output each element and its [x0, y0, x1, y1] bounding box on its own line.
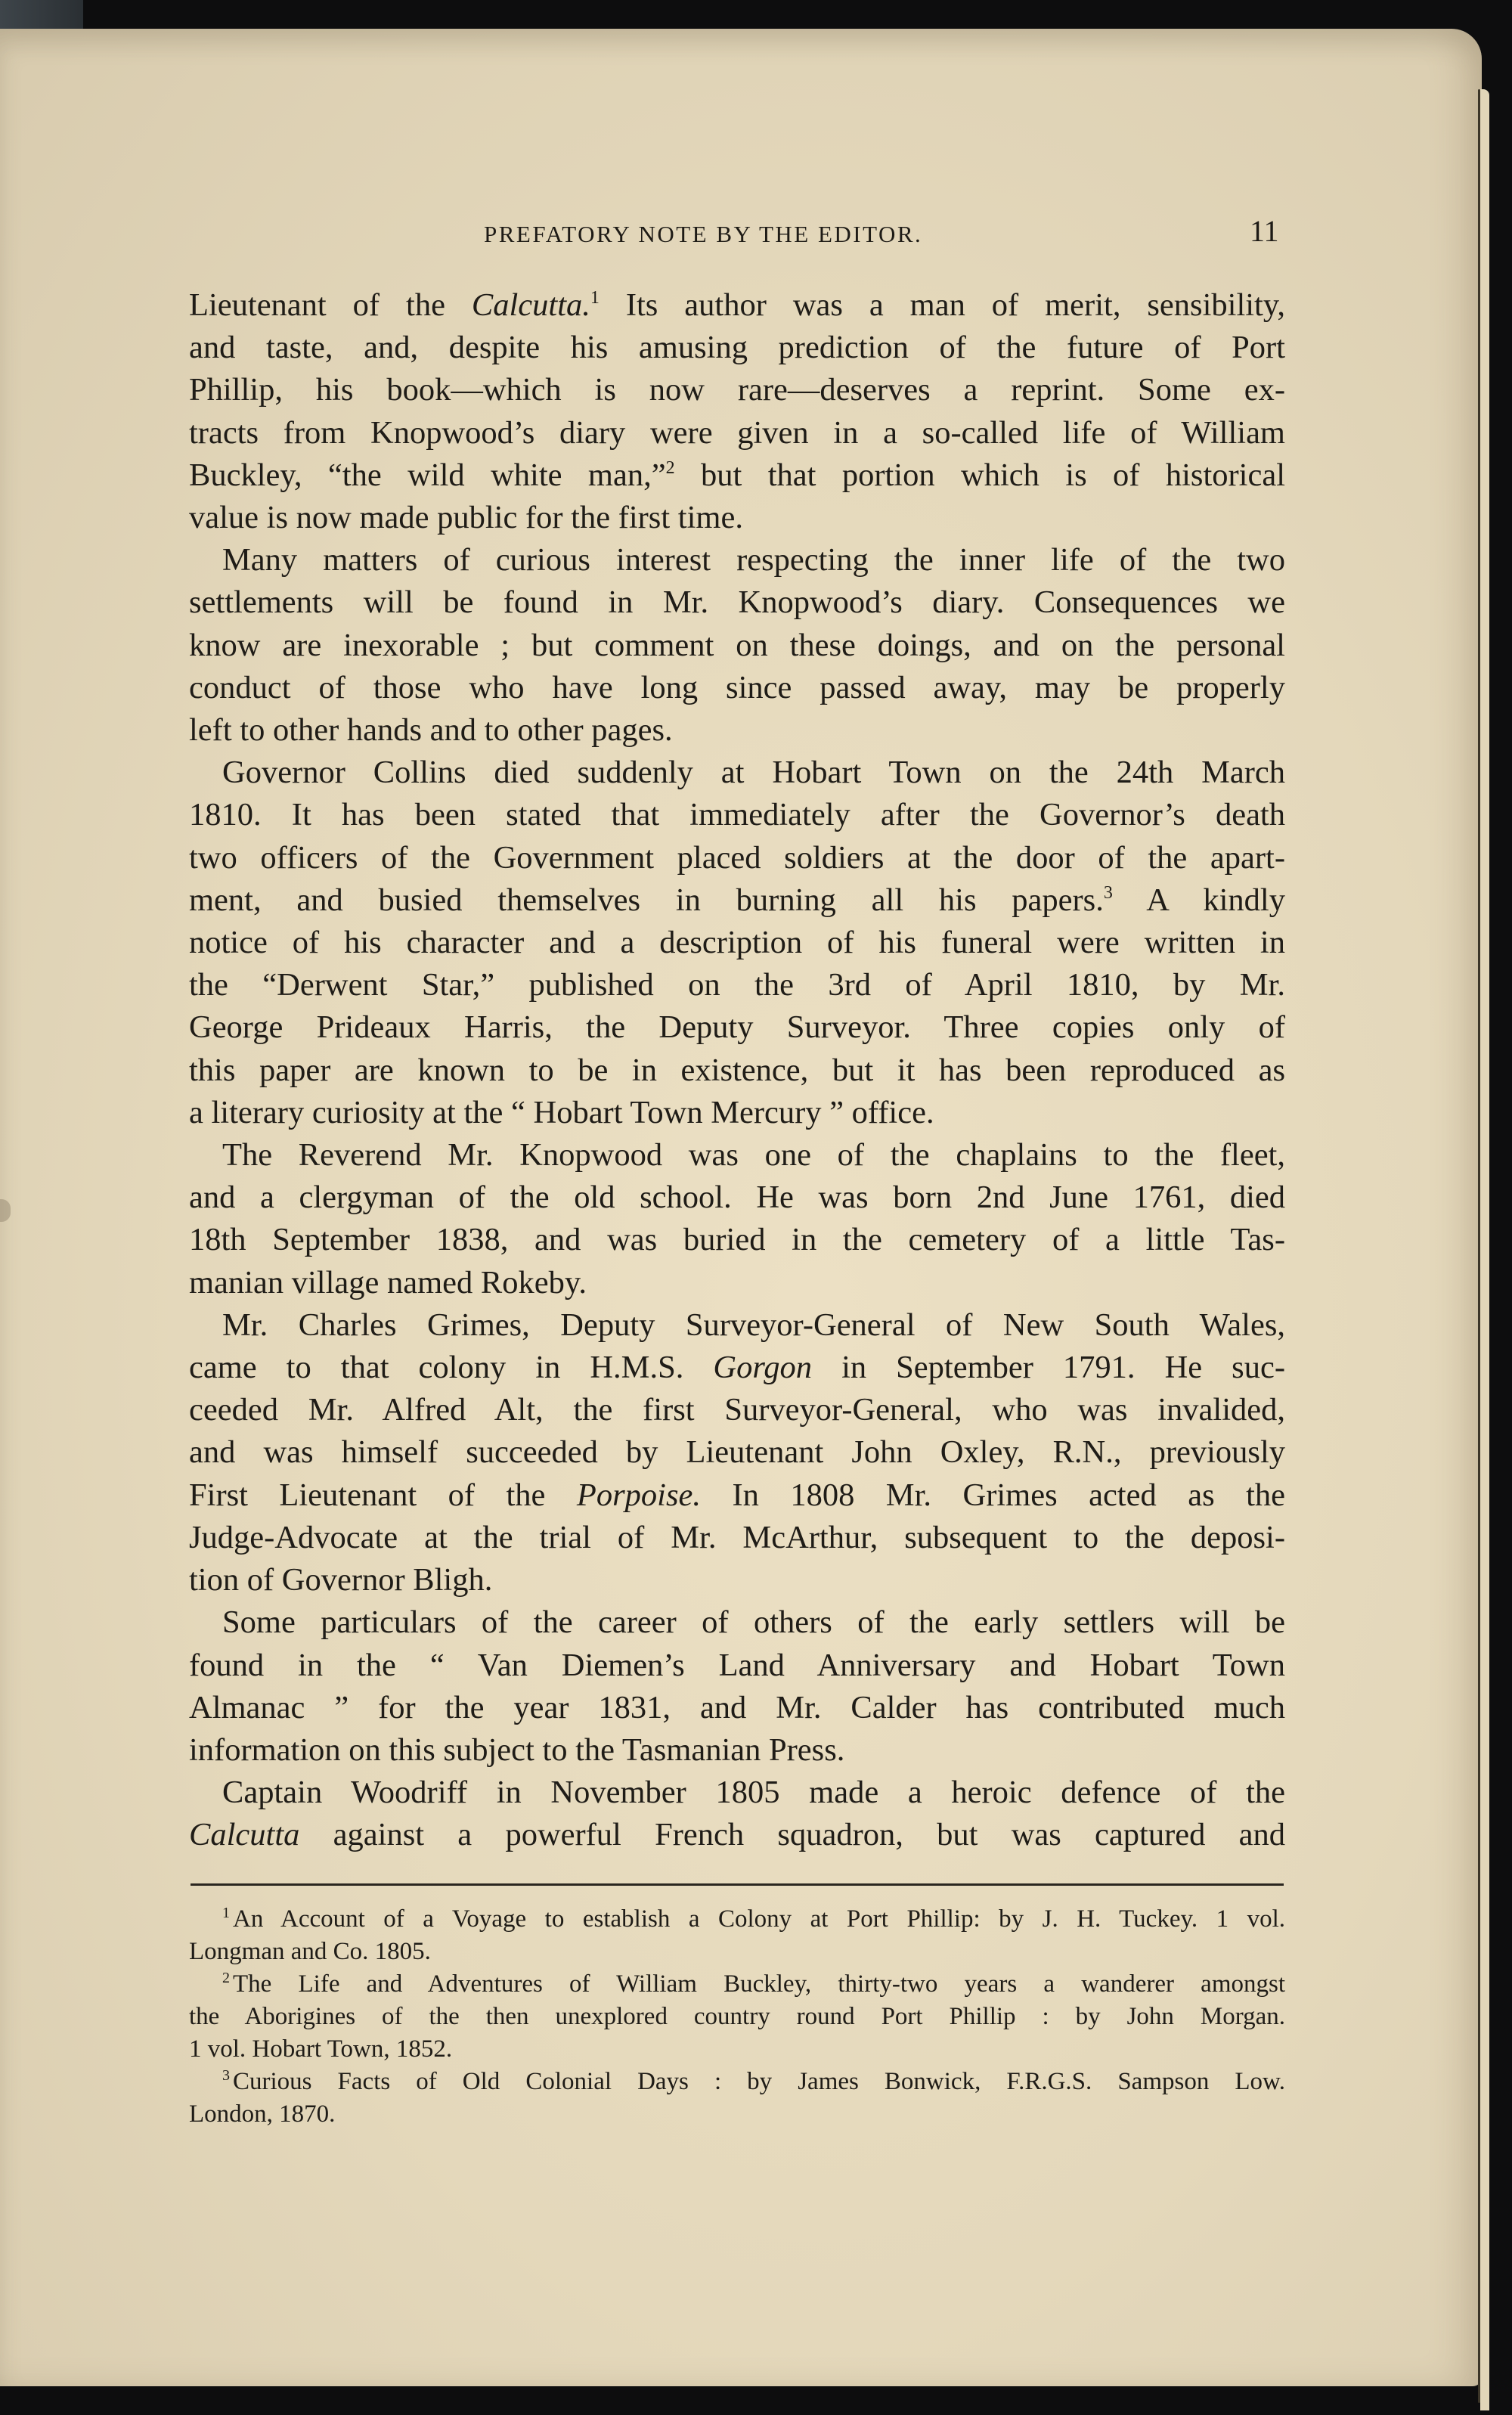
text-line: 1810. It has been stated that immediatel…: [189, 794, 1285, 836]
paragraph: Governor Collins died suddenly at Hobart…: [189, 752, 1285, 1134]
text-line: this paper are known to be in existence,…: [189, 1049, 1285, 1092]
text-line: settlements will be found in Mr. Knopwoo…: [189, 581, 1285, 624]
text-line: Phillip, his book—which is now rare—dese…: [189, 369, 1285, 411]
footnote-reference[interactable]: 2: [666, 458, 675, 478]
footnote-line: London, 1870.: [189, 2098, 1285, 2131]
italic-ship-name: Porpoise.: [577, 1477, 701, 1513]
footnote-reference[interactable]: 1: [590, 288, 600, 308]
italic-ship-name: Gorgon: [713, 1350, 812, 1385]
text-line: manian village named Rokeby.: [189, 1262, 1285, 1304]
text-line: Almanac ” for the year 1831, and Mr. Cal…: [189, 1687, 1285, 1729]
running-head: PREFATORY NOTE BY THE EDITOR.: [484, 221, 922, 248]
text-line: Mr. Charles Grimes, Deputy Surveyor-Gene…: [189, 1304, 1285, 1347]
text-line: George Prideaux Harris, the Deputy Surve…: [189, 1006, 1285, 1049]
text-line: conduct of those who have long since pas…: [189, 667, 1285, 709]
footnote-line: 1 vol. Hobart Town, 1852.: [189, 2033, 1285, 2066]
text-line: tracts from Knopwood’s diary were given …: [189, 412, 1285, 454]
text-line: 18th September 1838, and was buried in t…: [189, 1219, 1285, 1261]
scan-background: [0, 0, 83, 29]
paragraph: Captain Woodriff in November 1805 made a…: [189, 1772, 1285, 1856]
footnote-mark: 2: [222, 1970, 230, 1986]
text-line: Some particulars of the career of others…: [189, 1601, 1285, 1644]
text-line: left to other hands and to other pages.: [189, 709, 1285, 752]
text-line: Judge-Advocate at the trial of Mr. McArt…: [189, 1517, 1285, 1559]
italic-ship-name: Calcutta: [189, 1817, 299, 1852]
footnote-line: 1An Account of a Voyage to establish a C…: [189, 1903, 1285, 1936]
text-line: information on this subject to the Tasma…: [189, 1729, 1285, 1772]
paragraph: Some particulars of the career of others…: [189, 1601, 1285, 1772]
text-line: Buckley, “the wild white man,”2 but that…: [189, 454, 1285, 497]
footnote-mark: 1: [222, 1905, 230, 1921]
text-line: the “Derwent Star,” published on the 3rd…: [189, 964, 1285, 1006]
text-line: The Reverend Mr. Knopwood was one of the…: [189, 1134, 1285, 1176]
text-line: a literary curiosity at the “ Hobart Tow…: [189, 1092, 1285, 1134]
paragraph: Lieutenant of the Calcutta.1 Its author …: [189, 284, 1285, 539]
text-line: Governor Collins died suddenly at Hobart…: [189, 752, 1285, 794]
paragraph: Mr. Charles Grimes, Deputy Surveyor-Gene…: [189, 1304, 1285, 1601]
italic-ship-name: Calcutta.: [472, 287, 590, 323]
text-line: value is now made public for the first t…: [189, 497, 1285, 539]
footnotes: 1An Account of a Voyage to establish a C…: [189, 1903, 1285, 2131]
text-line: know are inexorable ; but comment on the…: [189, 625, 1285, 667]
body-text: Lieutenant of the Calcutta.1 Its author …: [189, 284, 1285, 1857]
footnote-divider: [191, 1883, 1284, 1886]
paragraph: Many matters of curious interest respect…: [189, 539, 1285, 752]
footnote-line: the Aborigines of the then unexplored co…: [189, 2001, 1285, 2033]
text-line: Calcutta against a powerful French squad…: [189, 1814, 1285, 1856]
text-line: and taste, and, despite his amusing pred…: [189, 327, 1285, 369]
footnote-mark: 3: [222, 2067, 230, 2084]
page-edge-shadow: [1478, 89, 1480, 2403]
page-edge: [1480, 89, 1489, 2410]
page-number: 11: [1250, 213, 1279, 249]
text-line: Captain Woodriff in November 1805 made a…: [189, 1772, 1285, 1814]
text-line: ment, and busied themselves in burning a…: [189, 879, 1285, 922]
text-line: two officers of the Government placed so…: [189, 837, 1285, 879]
text-line: tion of Governor Bligh.: [189, 1559, 1285, 1601]
text-line: Many matters of curious interest respect…: [189, 539, 1285, 581]
footnote-line: Longman and Co. 1805.: [189, 1936, 1285, 1968]
footnote-reference[interactable]: 3: [1104, 883, 1113, 903]
text-line: came to that colony in H.M.S. Gorgon in …: [189, 1347, 1285, 1389]
text-line: found in the “ Van Diemen’s Land Anniver…: [189, 1645, 1285, 1687]
text-line: First Lieutenant of the Porpoise. In 180…: [189, 1474, 1285, 1517]
page-blemish: [0, 1199, 11, 1222]
footnote-line: 2The Life and Adventures of William Buck…: [189, 1968, 1285, 2001]
footnote: 3Curious Facts of Old Colonial Days : by…: [189, 2066, 1285, 2131]
text-line: and a clergyman of the old school. He wa…: [189, 1176, 1285, 1219]
footnote: 2The Life and Adventures of William Buck…: [189, 1968, 1285, 2066]
footnote-line: 3Curious Facts of Old Colonial Days : by…: [189, 2066, 1285, 2098]
paragraph: The Reverend Mr. Knopwood was one of the…: [189, 1134, 1285, 1304]
text-line: ceeded Mr. Alfred Alt, the first Surveyo…: [189, 1389, 1285, 1431]
text-line: Lieutenant of the Calcutta.1 Its author …: [189, 284, 1285, 327]
footnote: 1An Account of a Voyage to establish a C…: [189, 1903, 1285, 1968]
text-line: notice of his character and a descriptio…: [189, 922, 1285, 964]
text-line: and was himself succeeded by Lieutenant …: [189, 1431, 1285, 1474]
